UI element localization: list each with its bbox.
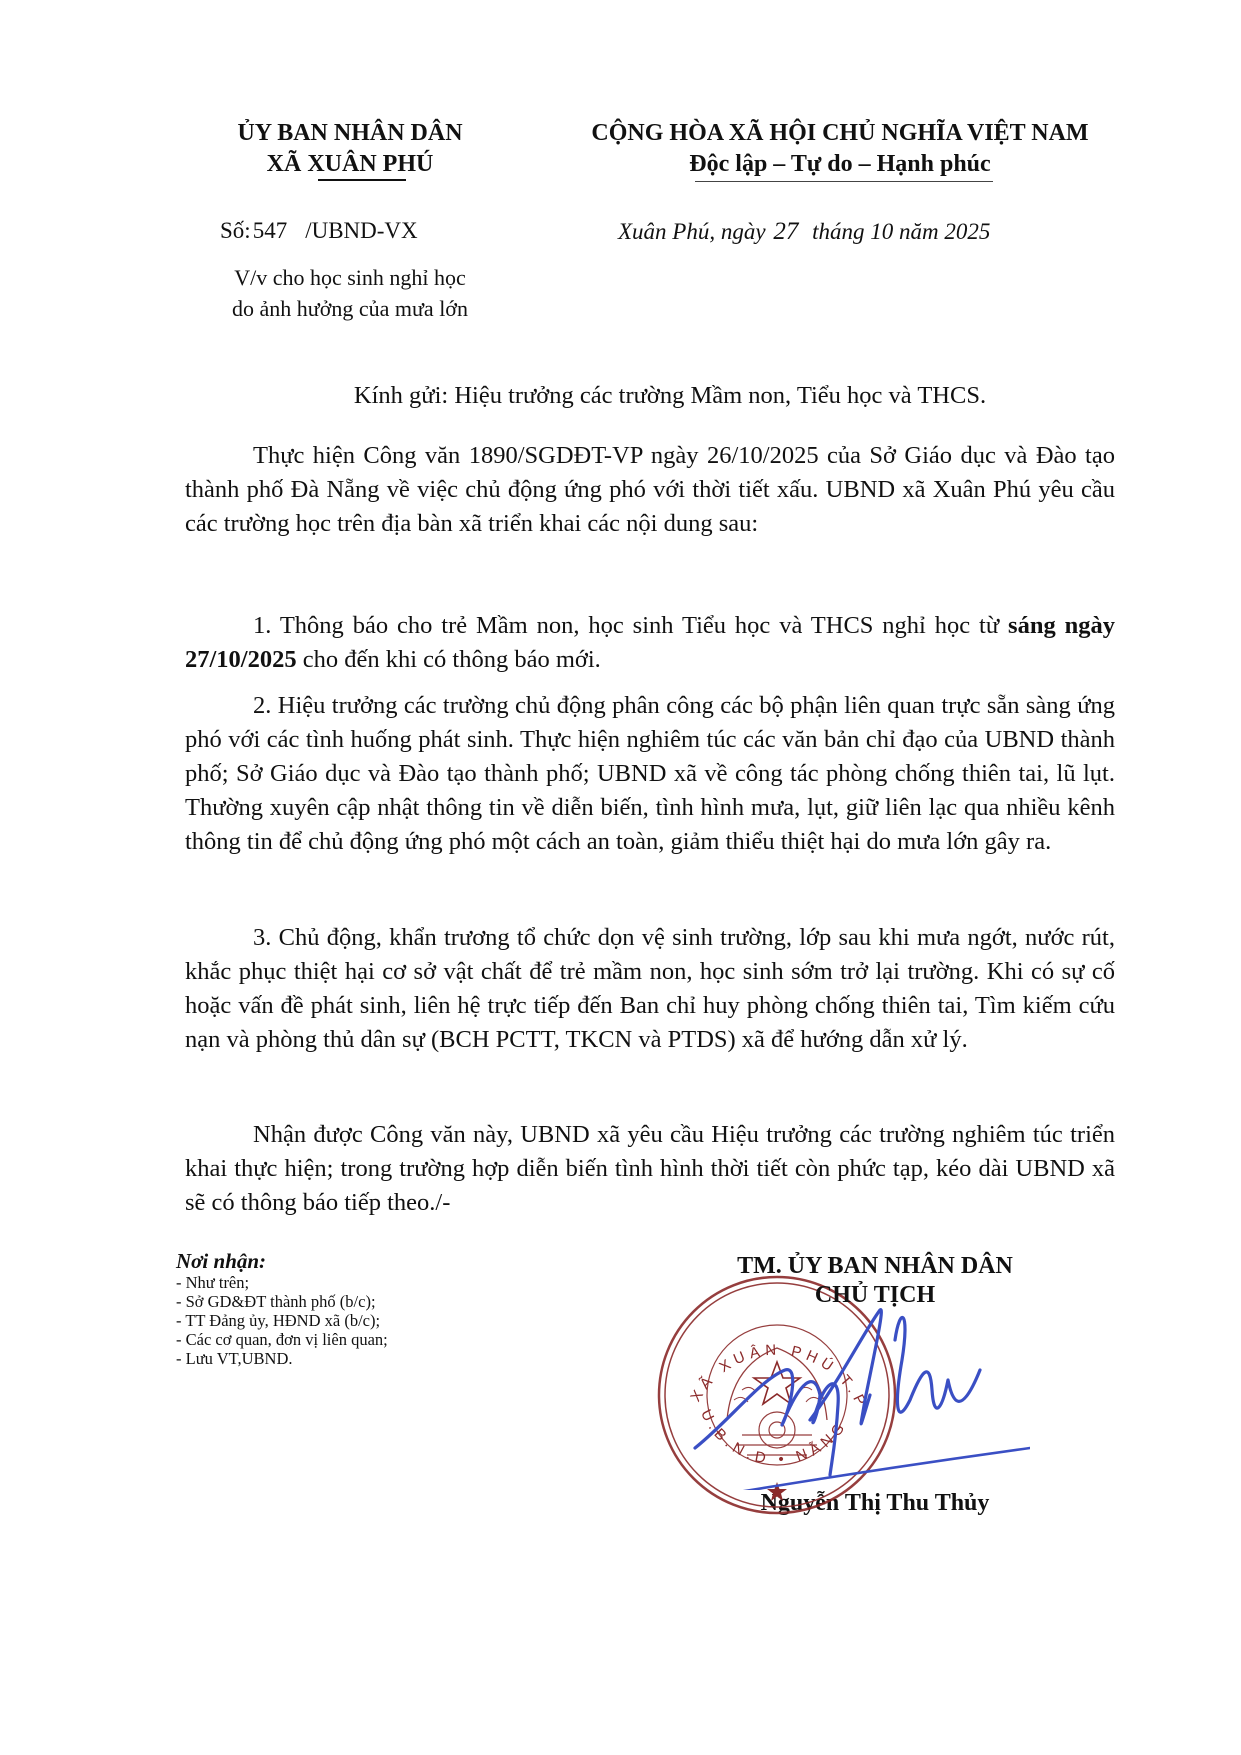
item-3-text: 3. Chủ động, khẩn trương tổ chức dọn vệ … — [185, 921, 1115, 1057]
on-behalf-label: TM. ỦY BAN NHÂN DÂN — [700, 1252, 1050, 1281]
number-code: /UBND-VX — [305, 218, 417, 243]
date-place: Xuân Phú, ngày — [618, 219, 766, 244]
agency-underline — [318, 179, 406, 181]
motto: Độc lập – Tự do – Hạnh phúc — [689, 149, 990, 180]
item-2-paragraph: 2. Hiệu trưởng các trường chủ động phân … — [185, 689, 1115, 859]
document-subject: V/v cho học sinh nghỉ học do ảnh hưởng c… — [190, 262, 510, 324]
item-2-text: 2. Hiệu trưởng các trường chủ động phân … — [185, 689, 1115, 859]
date-day: 27 — [773, 218, 798, 245]
item-1-tail: cho đến khi có thông báo mới. — [297, 646, 601, 673]
agency-line-2: XÃ XUÂN PHÚ — [190, 149, 510, 180]
closing-text: Nhận được Công văn này, UBND xã yêu cầu … — [185, 1118, 1115, 1220]
agency-line-1: ỦY BAN NHÂN DÂN — [190, 118, 510, 149]
recipient-item: - Lưu VT,UBND. — [176, 1349, 536, 1368]
intro-paragraph: Thực hiện Công văn 1890/SGDĐT-VP ngày 26… — [185, 439, 1115, 541]
item-1-paragraph: 1. Thông báo cho trẻ Mầm non, học sinh T… — [185, 609, 1115, 677]
motto-underline — [695, 181, 992, 183]
item-1-lead: 1. Thông báo cho trẻ Mầm non, học sinh T… — [253, 612, 1008, 639]
number-prefix: Số: — [220, 218, 251, 243]
recipients-list: Nơi nhận: - Như trên; - Sở GD&ĐT thành p… — [176, 1250, 536, 1368]
subject-line-1: V/v cho học sinh nghỉ học — [190, 262, 510, 293]
document-number: Số:547/UBND-VX — [220, 218, 418, 244]
document-date: Xuân Phú, ngày 27 tháng 10 năm 2025 — [618, 218, 990, 246]
number-value: 547 — [253, 218, 288, 243]
issuing-agency: ỦY BAN NHÂN DÂN XÃ XUÂN PHÚ — [190, 118, 510, 180]
recipient-item: - Như trên; — [176, 1273, 536, 1292]
recipients-title: Nơi nhận: — [176, 1250, 536, 1273]
item-3-paragraph: 3. Chủ động, khẩn trương tổ chức dọn vệ … — [185, 921, 1115, 1057]
intro-text: Thực hiện Công văn 1890/SGDĐT-VP ngày 26… — [185, 439, 1115, 541]
recipient-item: - Sở GD&ĐT thành phố (b/c); — [176, 1292, 536, 1311]
item-1-text: 1. Thông báo cho trẻ Mầm non, học sinh T… — [185, 609, 1115, 677]
date-rest: tháng 10 năm 2025 — [812, 219, 990, 244]
motto-text: Độc lập – Tự do – Hạnh phúc — [689, 151, 990, 177]
national-header: CỘNG HÒA XÃ HỘI CHỦ NGHĨA VIỆT NAM Độc l… — [545, 118, 1135, 180]
salutation: Kính gửi: Hiệu trưởng các trường Mầm non… — [185, 382, 1115, 410]
nation-title: CỘNG HÒA XÃ HỘI CHỦ NGHĨA VIỆT NAM — [545, 118, 1135, 149]
subject-line-2: do ảnh hưởng của mưa lớn — [190, 293, 510, 324]
recipient-item: - TT Đảng ủy, HĐND xã (b/c); — [176, 1311, 536, 1330]
handwritten-signature-icon — [690, 1300, 1030, 1490]
closing-paragraph: Nhận được Công văn này, UBND xã yêu cầu … — [185, 1118, 1115, 1220]
recipient-item: - Các cơ quan, đơn vị liên quan; — [176, 1330, 536, 1349]
